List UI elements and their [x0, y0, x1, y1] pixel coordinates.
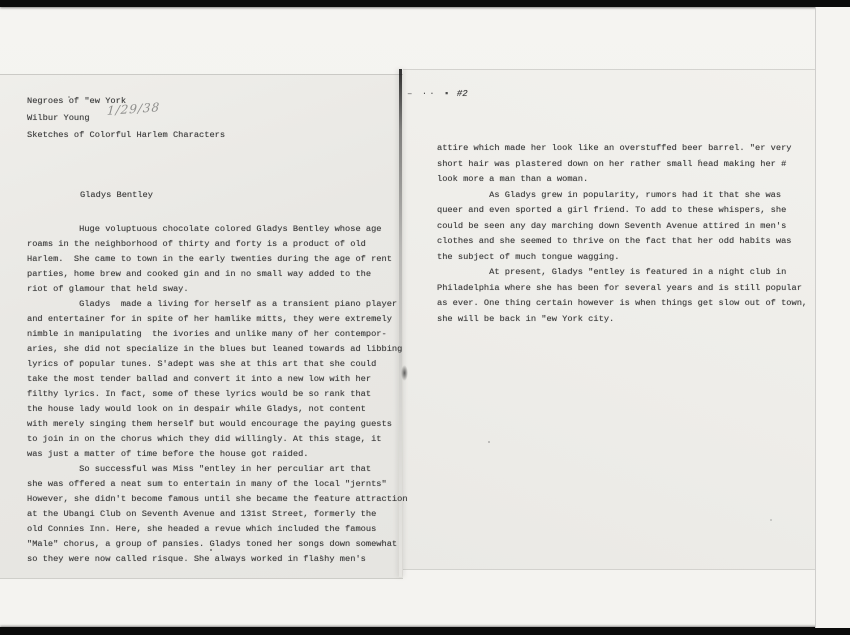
- typed-line: short hair was plastered down on her rat…: [437, 157, 807, 173]
- typed-line: Gladys made a living for herself as a tr…: [27, 297, 408, 312]
- bottom-filmstrip-bar: [0, 627, 850, 635]
- typed-line: lyrics of popular tunes. S'adept was she…: [27, 357, 408, 372]
- typed-line: look more a man than a woman.: [437, 172, 807, 188]
- typed-line: Huge voluptuous chocolate colored Gladys…: [27, 222, 408, 237]
- page-number: #2: [457, 89, 468, 99]
- typed-line: she was offered a neat sum to entertain …: [27, 477, 408, 492]
- typed-line: aries, she did not specialize in the blu…: [27, 342, 408, 357]
- typed-line: take the most tender ballad and convert …: [27, 372, 408, 387]
- right-backing-strip: [815, 7, 850, 628]
- top-filmstrip-bar: [0, 0, 850, 7]
- typed-line: nimble in manipulating the ivories and u…: [27, 327, 408, 342]
- typed-line: the subject of much tongue wagging.: [437, 250, 807, 266]
- document-title: Gladys Bentley: [80, 189, 153, 201]
- page-number-marks: – ·· ▪: [407, 89, 451, 99]
- typed-line: riot of glamour that held sway.: [27, 282, 408, 297]
- typed-line: roams in the neighborhood of thirty and …: [27, 237, 408, 252]
- header-line-series: Sketches of Colorful Harlem Characters: [27, 127, 225, 144]
- typed-line: filthy lyrics. In fact, some of these ly…: [27, 387, 408, 402]
- typed-line: As Gladys grew in popularity, rumors had…: [437, 188, 807, 204]
- typed-line: clothes and she seemed to thrive on the …: [437, 234, 807, 250]
- typed-line: "Male" chorus, a group of pansies. Glady…: [27, 537, 408, 552]
- typed-line: to join in on the chorus which they did …: [27, 432, 408, 447]
- typed-line: So successful was Miss "entley in her pe…: [27, 462, 408, 477]
- typed-line: Harlem. She came to town in the early tw…: [27, 252, 408, 267]
- scan-frame: Negroes of "ew York Wilbur Young Sketche…: [0, 0, 850, 635]
- typed-line: was just a matter of time before the hou…: [27, 447, 408, 462]
- typed-line: the house lady would look on in despair …: [27, 402, 408, 417]
- typed-line: Philadelphia where she has been for seve…: [437, 281, 807, 297]
- left-page-body: Huge voluptuous chocolate colored Gladys…: [27, 222, 408, 567]
- document-header: Negroes of "ew York Wilbur Young Sketche…: [27, 93, 225, 144]
- right-page-body: attire which made her look like an overs…: [437, 141, 807, 327]
- typed-line: so they were now called risque. She alwa…: [27, 552, 408, 567]
- typed-line: At present, Gladys "entley is featured i…: [437, 265, 807, 281]
- typed-line: attire which made her look like an overs…: [437, 141, 807, 157]
- typed-line: However, she didn't become famous until …: [27, 492, 408, 507]
- typed-line: as ever. One thing certain however is wh…: [437, 296, 807, 312]
- page-number-block: – ·· ▪ #2: [407, 89, 468, 99]
- typed-line: parties, home brew and cooked gin and in…: [27, 267, 408, 282]
- typed-line: and entertainer for in spite of her haml…: [27, 312, 408, 327]
- typed-line: queer and even sported a girl friend. To…: [437, 203, 807, 219]
- typed-line: she will be back in "ew York city.: [437, 312, 807, 328]
- typed-line: old Connies Inn. Here, she headed a revu…: [27, 522, 408, 537]
- typed-line: could be seen any day marching down Seve…: [437, 219, 807, 235]
- typed-line: at the Ubangi Club on Seventh Avenue and…: [27, 507, 408, 522]
- typed-line: with merely singing them herself but wou…: [27, 417, 408, 432]
